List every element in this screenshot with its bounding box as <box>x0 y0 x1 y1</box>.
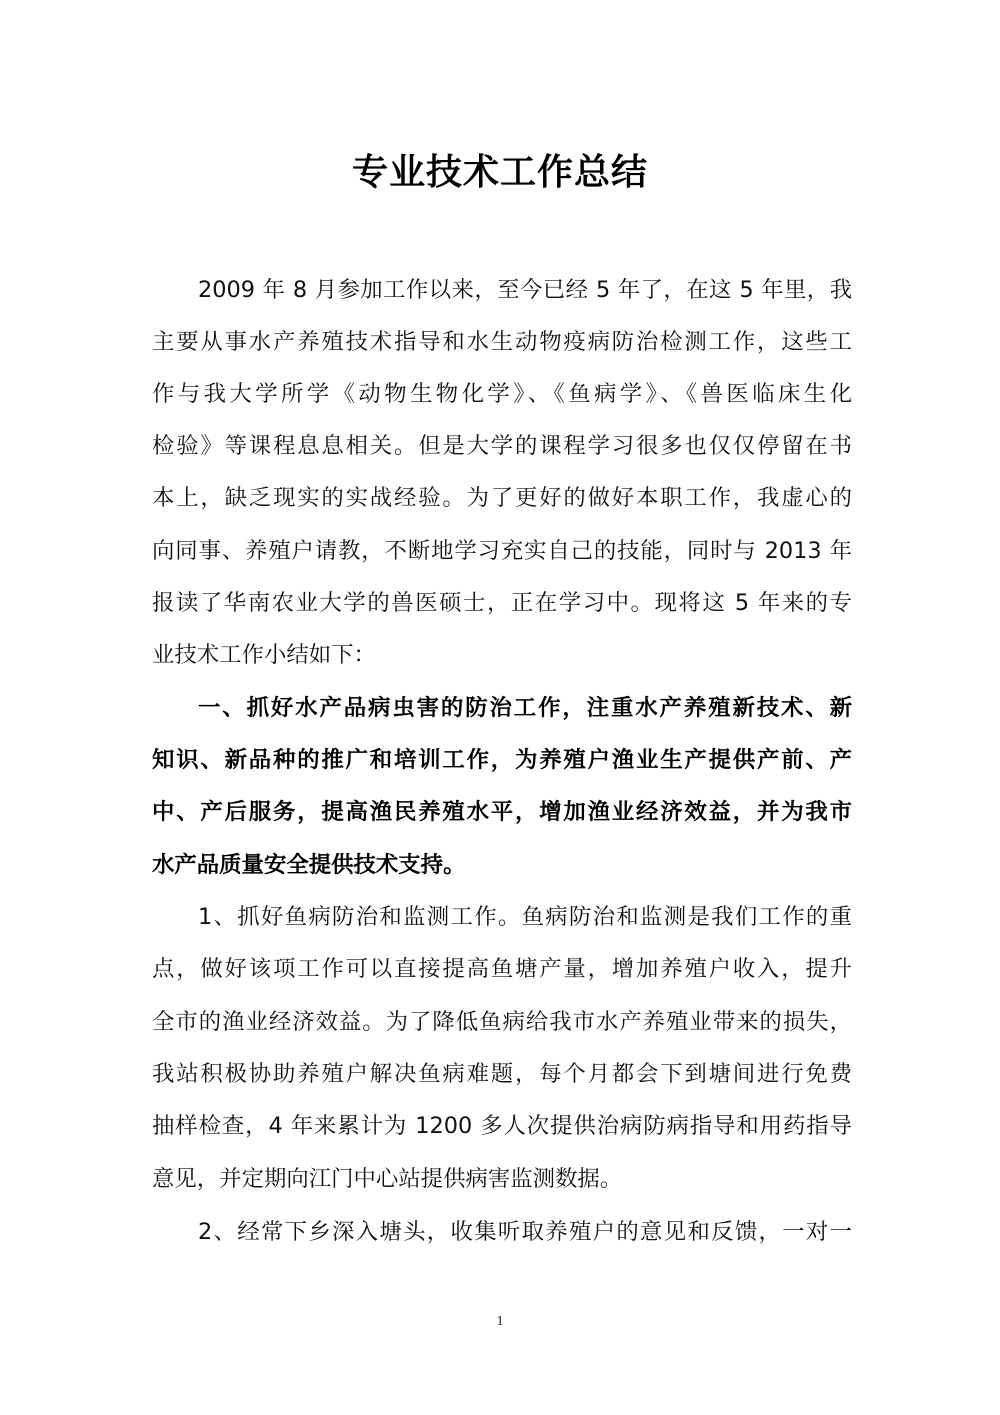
document-title: 专业技术工作总结 <box>0 147 1000 199</box>
section-heading-line: 水产品质量安全提供技术支持。 <box>152 839 852 891</box>
section-heading-line: 中、产后服务，提高渔民养殖水平，增加渔业经济效益，并为我市 <box>152 786 852 838</box>
paragraph-line: 我站积极协助养殖户解决鱼病难题，每个月都会下到塘间进行免费 <box>152 1048 852 1100</box>
paragraph-line: 点，做好该项工作可以直接提高鱼塘产量，增加养殖户收入，提升 <box>152 943 852 995</box>
section-heading-line: 知识、新品种的推广和培训工作，为养殖户渔业生产提供产前、产 <box>152 734 852 786</box>
paragraph-line: 业技术工作小结如下： <box>152 629 852 681</box>
section-heading-line: 一、抓好水产品病虫害的防治工作，注重水产养殖新技术、新 <box>198 682 852 734</box>
paragraph-line: 2、经常下乡深入塘头，收集听取养殖户的意见和反馈，一对一 <box>198 1206 852 1258</box>
document-page: 专业技术工作总结 2009 年 8 月参加工作以来，至今已经 5 年了，在这 5… <box>0 0 1000 1415</box>
paragraph-line: 主要从事水产养殖技术指导和水生动物疫病防治检测工作，这些工 <box>152 316 852 368</box>
paragraph-line: 报读了华南农业大学的兽医硕士，正在学习中。现将这 5 年来的专 <box>152 577 852 629</box>
paragraph-line: 1、抓好鱼病防治和监测工作。鱼病防治和监测是我们工作的重 <box>198 891 852 943</box>
paragraph-line: 意见，并定期向江门中心站提供病害监测数据。 <box>152 1153 852 1205</box>
paragraph-line: 抽样检查，4 年来累计为 1200 多人次提供治病防病指导和用药指导 <box>152 1100 852 1152</box>
paragraph-line: 向同事、养殖户请教，不断地学习充实自己的技能，同时与 2013 年 <box>152 525 852 577</box>
paragraph-line: 检验》等课程息息相关。但是大学的课程学习很多也仅仅停留在书 <box>152 420 852 472</box>
paragraph-line: 2009 年 8 月参加工作以来，至今已经 5 年了，在这 5 年里，我 <box>198 264 852 316</box>
paragraph-line: 作与我大学所学《动物生物化学》、《鱼病学》、《兽医临床生化 <box>152 368 852 420</box>
paragraph-line: 全市的渔业经济效益。为了降低鱼病给我市水产养殖业带来的损失， <box>152 996 852 1048</box>
page-number: 1 <box>0 1314 1000 1330</box>
paragraph-line: 本上，缺乏现实的实战经验。为了更好的做好本职工作，我虚心的 <box>152 472 852 524</box>
